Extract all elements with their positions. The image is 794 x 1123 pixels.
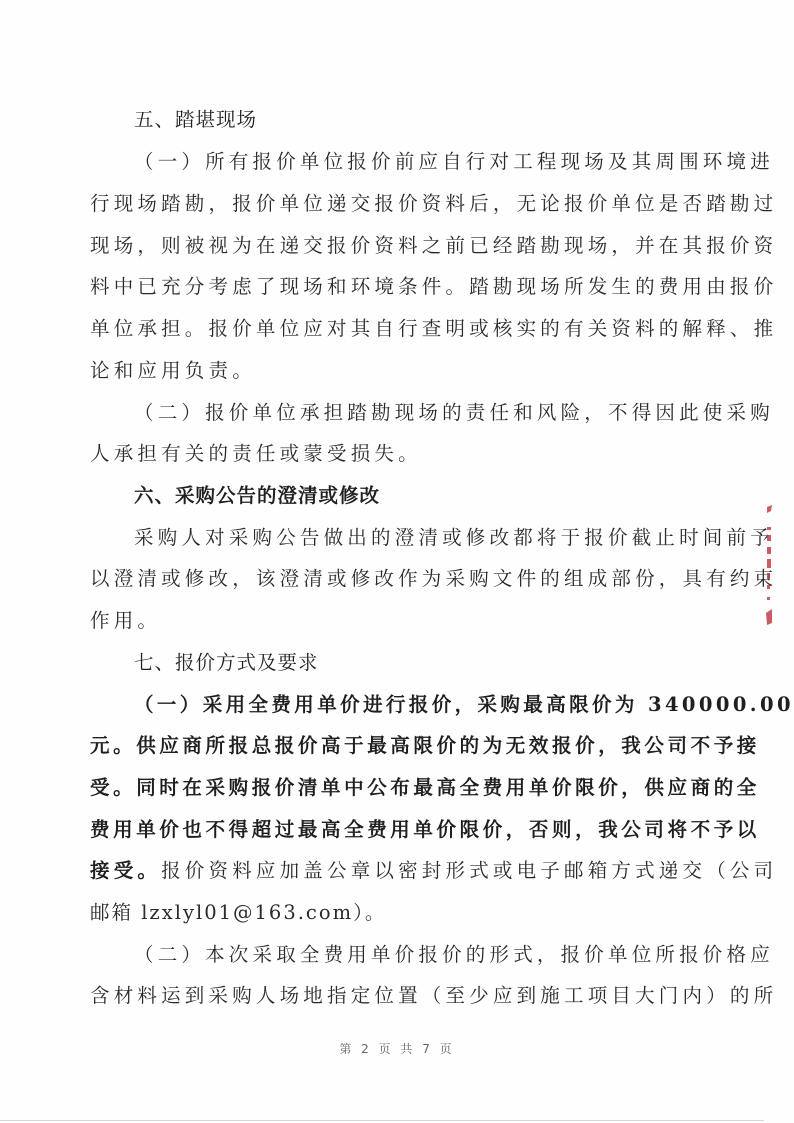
paragraph-line: 料中已充分考虑了现场和环境条件。踏勘现场所发生的费用由报价 bbox=[90, 273, 710, 301]
paragraph-line: （一）所有报价单位报价前应自行对工程现场及其周围环境进 bbox=[134, 148, 754, 176]
paragraph-line: 人承担有关的责任或蒙受损失。 bbox=[90, 440, 710, 468]
paragraph-line: 作用。 bbox=[90, 607, 710, 635]
page-number-footer: 第 2 页 共 7 页 bbox=[0, 1040, 794, 1057]
paragraph-line: 以澄清或修改，该澄清或修改作为采购文件的组成部份，具有约束 bbox=[90, 565, 710, 593]
paragraph-line: 含材料运到采购人场地指定位置（至少应到施工项目大门内）的所 bbox=[90, 982, 710, 1010]
section-heading-7: 七、报价方式及要求 bbox=[134, 649, 754, 677]
regular-fragment: 报价资料应加盖公章以密封形式或电子邮箱方式递交（公司 bbox=[161, 859, 777, 882]
paragraph-line: 采购人对采购公告做出的澄清或修改都将于报价截止时间前予 bbox=[134, 524, 754, 552]
paragraph-line: 现场，则被视为在递交报价资料之前已经踏勘现场，并在其报价资 bbox=[90, 232, 710, 260]
paragraph-line: 单位承担。报价单位应对其自行查明或核实的有关资料的解释、推 bbox=[90, 315, 710, 343]
paragraph-line: 行现场踏勘，报价单位递交报价资料后，无论报价单位是否踏勘过 bbox=[90, 190, 710, 218]
bold-fragment: 接受。 bbox=[90, 859, 161, 882]
red-seal-stamp-icon bbox=[764, 505, 774, 630]
paragraph-line-bold: 元。供应商所报总报价高于最高限价的为无效报价，我公司不予接 bbox=[90, 732, 710, 760]
paragraph-line-bold: 受。同时在采购报价清单中公布最高全费用单价限价，供应商的全 bbox=[90, 774, 710, 802]
section-heading-5: 五、踏堪现场 bbox=[134, 106, 754, 134]
paragraph-line-email: 邮箱 lzxlyl01@163.com）。 bbox=[90, 899, 710, 927]
paragraph-line: （二）报价单位承担踏勘现场的责任和风险，不得因此使采购 bbox=[134, 399, 754, 427]
paragraph-line-bold: （一）采用全费用单价进行报价，采购最高限价为 340000.00 bbox=[134, 691, 754, 719]
paragraph-line-mixed: 接受。报价资料应加盖公章以密封形式或电子邮箱方式递交（公司 bbox=[90, 857, 710, 885]
section-heading-6: 六、采购公告的澄清或修改 bbox=[134, 482, 754, 510]
document-page: 五、踏堪现场 （一）所有报价单位报价前应自行对工程现场及其周围环境进 行现场踏勘… bbox=[0, 0, 794, 1123]
scan-bottom-edge bbox=[0, 1120, 764, 1121]
paragraph-line-bold: 费用单价也不得超过最高全费用单价限价，否则，我公司将不予以 bbox=[90, 816, 710, 844]
paragraph-line: （二）本次采取全费用单价报价的形式，报价单位所报价格应 bbox=[134, 941, 754, 969]
paragraph-line: 论和应用负责。 bbox=[90, 357, 710, 385]
